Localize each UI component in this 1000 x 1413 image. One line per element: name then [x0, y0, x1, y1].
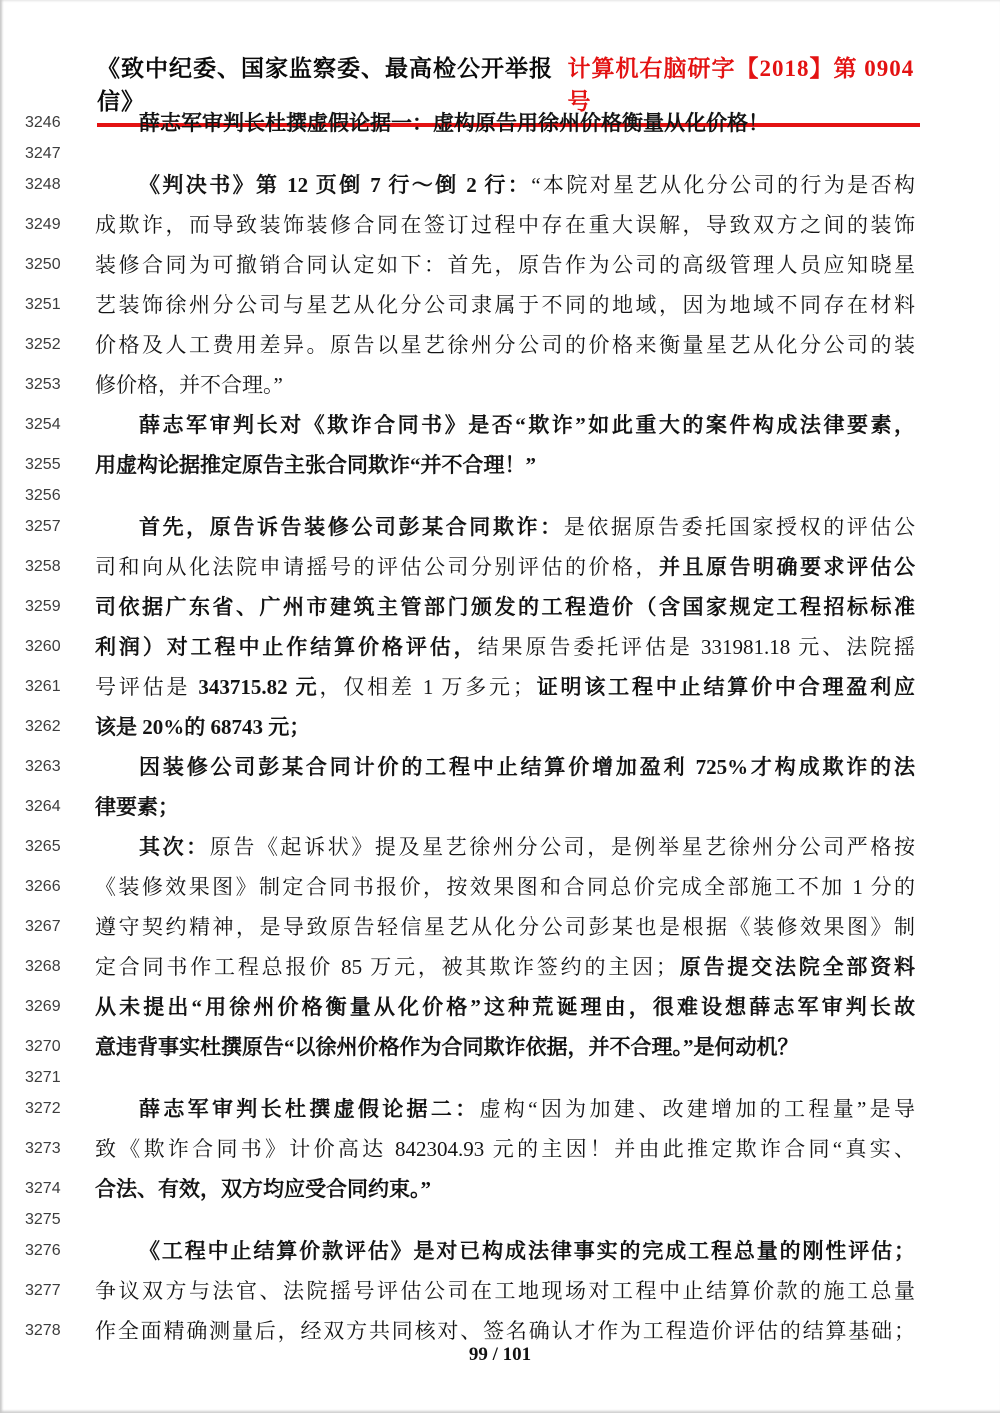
- text-segment: 号评估是: [95, 675, 198, 699]
- text-segment: 343715.82 元: [198, 675, 319, 699]
- line-text: 合法、有效，双方均应受合同约束。”: [95, 1169, 915, 1209]
- line-text: 号评估是 343715.82 元，仅相差 1 万多元；证明该工程中止结算价中合理…: [95, 667, 915, 707]
- line-text: 艺装饰徐州分公司与星艺从化分公司隶属于不同的地域，因为地域不同存在材料: [95, 285, 915, 325]
- document-body: 3246薛志军审判长杜撰虚假论据一：虚构原告用徐州价格衡量从化价格！324732…: [0, 103, 1000, 1351]
- line-text: 从未提出“用徐州价格衡量从化价格”这种荒诞理由，很难设想薛志军审判长故: [95, 987, 915, 1027]
- text-segment: 艺装饰徐州分公司与星艺从化分公司隶属于不同的地域，因为地域不同存在材料: [95, 293, 915, 317]
- line-text: 薛志军审判长对《欺诈合同书》是否“欺诈”如此重大的案件构成法律要素，: [95, 405, 915, 445]
- line-number: 3267: [0, 918, 95, 936]
- line-number: 3265: [0, 838, 95, 856]
- text-segment: 修价格，并不合理。”: [95, 373, 283, 397]
- text-segment: 装修合同为可撤销合同认定如下：首先，原告作为公司的高级管理人员应知晓星: [95, 253, 915, 277]
- page-number: 99 / 101: [0, 1344, 1000, 1366]
- line-text: 该是 20%的 68743 元；: [95, 707, 915, 747]
- line-number: 3248: [0, 176, 95, 194]
- text-segment: 并且原告明确要求评估公: [659, 555, 915, 579]
- line-number: 3264: [0, 798, 95, 816]
- document-line: 3249成欺诈，而导致装饰装修合同在签订过程中存在重大误解，导致双方之间的装饰: [0, 205, 1000, 245]
- line-number: 3251: [0, 296, 95, 314]
- line-number: 3250: [0, 256, 95, 274]
- text-segment: 薛志军审判长对《欺诈合同书》是否“欺诈”如此重大的案件构成法律要素，: [139, 413, 915, 437]
- text-segment: 原告提交法院全部资料: [677, 955, 915, 979]
- line-text: 其次：原告《起诉状》提及星艺徐州分公司，是例举星艺徐州分公司严格按: [95, 827, 915, 867]
- text-segment: 合法、有效，双方均应受合同约束。”: [95, 1177, 431, 1201]
- line-number: 3261: [0, 678, 95, 696]
- text-segment: 虚构“因为加建、改建增加的工程量”是导: [480, 1097, 915, 1121]
- line-text: 意违背事实杜撰原告“以徐州价格作为合同欺诈依据，并不合理。”是何动机？: [95, 1027, 915, 1067]
- document-line: 3272薛志军审判长杜撰虚假论据二：虚构“因为加建、改建增加的工程量”是导: [0, 1089, 1000, 1129]
- line-number: 3252: [0, 336, 95, 354]
- document-line: 3268定合同书作工程总报价 85 万元，被其欺诈签约的主因；原告提交法院全部资…: [0, 947, 1000, 987]
- text-segment: 《判决书》第 12 页倒 7 行～倒 2 行：: [139, 173, 531, 197]
- line-text: 《判决书》第 12 页倒 7 行～倒 2 行：“本院对星艺从化分公司的行为是否构: [95, 165, 915, 205]
- line-number: 3270: [0, 1038, 95, 1056]
- line-text: 首先，原告诉告装修公司彭某合同欺诈：是依据原告委托国家授权的评估公: [95, 507, 915, 547]
- document-line: 3275: [0, 1209, 1000, 1231]
- line-text: 致《欺诈合同书》计价高达 842304.93 元的主因！并由此推定欺诈合同“真实…: [95, 1129, 915, 1169]
- line-text: 价格及人工费用差异。原告以星艺徐州分公司的价格来衡量星艺从化分公司的装: [95, 325, 915, 365]
- text-segment: 价格及人工费用差异。原告以星艺徐州分公司的价格来衡量星艺从化分公司的装: [95, 333, 915, 357]
- document-line: 3262该是 20%的 68743 元；: [0, 707, 1000, 747]
- text-segment: 薛志军审判长杜撰虚假论据一：虚构原告用徐州价格衡量从化价格！: [139, 111, 769, 135]
- line-text: 成欺诈，而导致装饰装修合同在签订过程中存在重大误解，导致双方之间的装饰: [95, 205, 915, 245]
- document-line: 3271: [0, 1067, 1000, 1089]
- text-segment: 从未提出“用徐州价格衡量从化价格”这种荒诞理由，很难设想薛志军审判长故: [95, 995, 915, 1019]
- line-number: 3269: [0, 998, 95, 1016]
- text-segment: 结果原告委托评估是 331981.18 元、法院摇: [478, 635, 915, 659]
- line-number: 3278: [0, 1322, 95, 1340]
- line-number: 3246: [0, 114, 95, 132]
- text-segment: 遵守契约精神，是导致原告轻信星艺从化分公司彭某也是根据《装修效果图》制: [95, 915, 915, 939]
- document-line: 3252价格及人工费用差异。原告以星艺徐州分公司的价格来衡量星艺从化分公司的装: [0, 325, 1000, 365]
- text-segment: 定合同书作工程总报价 85 万元，被其欺诈签约的主因；: [95, 955, 677, 979]
- text-segment: 因装修公司彭某合同计价的工程中止结算价增加盈利 725%才构成欺诈的法: [139, 755, 915, 779]
- line-number: 3255: [0, 456, 95, 474]
- document-page: 《致中纪委、国家监察委、最高检公开举报信》 计算机右脑研字【2018】第 090…: [0, 0, 1000, 1413]
- text-segment: 司依据广东省、广州市建筑主管部门颁发的工程造价（含国家规定工程招标标准: [95, 595, 915, 619]
- line-number: 3262: [0, 718, 95, 736]
- document-line: 3246薛志军审判长杜撰虚假论据一：虚构原告用徐州价格衡量从化价格！: [0, 103, 1000, 143]
- document-line: 3267遵守契约精神，是导致原告轻信星艺从化分公司彭某也是根据《装修效果图》制: [0, 907, 1000, 947]
- text-segment: 证明该工程中止结算价中合理盈利应: [534, 675, 915, 699]
- line-text: 司和向从化法院申请摇号的评估公司分别评估的价格，并且原告明确要求评估公: [95, 547, 915, 587]
- text-segment: ，仅相差 1 万多元；: [320, 675, 534, 699]
- text-segment: 首先，原告诉告装修公司彭某合同欺诈：: [139, 515, 564, 539]
- line-number: 3249: [0, 216, 95, 234]
- line-number: 3273: [0, 1140, 95, 1158]
- line-text: 司依据广东省、广州市建筑主管部门颁发的工程造价（含国家规定工程招标标准: [95, 587, 915, 627]
- text-segment: 作全面精确测量后，经双方共同核对、签名确认才作为工程造价评估的结算基础；: [95, 1319, 915, 1343]
- document-line: 3253修价格，并不合理。”: [0, 365, 1000, 405]
- text-segment: 意违背事实杜撰原告“以徐州价格作为合同欺诈依据，并不合理。”是何动机？: [95, 1035, 799, 1059]
- line-number: 3260: [0, 638, 95, 656]
- text-segment: 薛志军审判长杜撰虚假论据二：: [139, 1097, 480, 1121]
- line-number: 3253: [0, 376, 95, 394]
- text-segment: 《工程中止结算价款评估》是对已构成法律事实的完成工程总量的刚性评估；: [139, 1239, 915, 1263]
- line-text: 《工程中止结算价款评估》是对已构成法律事实的完成工程总量的刚性评估；: [95, 1231, 915, 1271]
- document-line: 3257首先，原告诉告装修公司彭某合同欺诈：是依据原告委托国家授权的评估公: [0, 507, 1000, 547]
- line-text: 《装修效果图》制定合同书报价，按效果图和合同总价完成全部施工不加 1 分的: [95, 867, 915, 907]
- document-line: 3269从未提出“用徐州价格衡量从化价格”这种荒诞理由，很难设想薛志军审判长故: [0, 987, 1000, 1027]
- line-text: 修价格，并不合理。”: [95, 365, 915, 405]
- line-number: 3277: [0, 1282, 95, 1300]
- document-line: 3254薛志军审判长对《欺诈合同书》是否“欺诈”如此重大的案件构成法律要素，: [0, 405, 1000, 445]
- text-segment: 争议双方与法官、法院摇号评估公司在工地现场对工程中止结算价款的施工总量: [95, 1279, 915, 1303]
- document-line: 3277争议双方与法官、法院摇号评估公司在工地现场对工程中止结算价款的施工总量: [0, 1271, 1000, 1311]
- text-segment: “本院对星艺从化分公司的行为是否构: [531, 173, 915, 197]
- line-number: 3272: [0, 1100, 95, 1118]
- text-segment: 致《欺诈合同书》计价高达 842304.93 元的主因！并由此推定欺诈合同“真实…: [95, 1137, 915, 1161]
- line-number: 3263: [0, 758, 95, 776]
- line-number: 3274: [0, 1180, 95, 1198]
- text-segment: 《装修效果图》制定合同书报价，按效果图和合同总价完成全部施工不加 1 分的: [95, 875, 915, 899]
- line-number: 3247: [0, 145, 95, 163]
- line-number: 3258: [0, 558, 95, 576]
- line-text: 薛志军审判长杜撰虚假论据二：虚构“因为加建、改建增加的工程量”是导: [95, 1089, 915, 1129]
- line-text: 用虚构论据推定原告主张合同欺诈“并不合理！”: [95, 445, 915, 485]
- document-line: 3276《工程中止结算价款评估》是对已构成法律事实的完成工程总量的刚性评估；: [0, 1231, 1000, 1271]
- line-text: 利润）对工程中止作结算价格评估，结果原告委托评估是 331981.18 元、法院…: [95, 627, 915, 667]
- line-number: 3271: [0, 1069, 95, 1087]
- text-segment: 司和向从化法院申请摇号的评估公司分别评估的价格，: [95, 555, 659, 579]
- line-text: 遵守契约精神，是导致原告轻信星艺从化分公司彭某也是根据《装修效果图》制: [95, 907, 915, 947]
- text-segment: 原告《起诉状》提及星艺徐州分公司，是例举星艺徐州分公司严格按: [210, 835, 915, 859]
- document-line: 3266《装修效果图》制定合同书报价，按效果图和合同总价完成全部施工不加 1 分…: [0, 867, 1000, 907]
- document-line: 3265其次：原告《起诉状》提及星艺徐州分公司，是例举星艺徐州分公司严格按: [0, 827, 1000, 867]
- line-number: 3254: [0, 416, 95, 434]
- line-text: 律要素；: [95, 787, 915, 827]
- document-line: 3260利润）对工程中止作结算价格评估，结果原告委托评估是 331981.18 …: [0, 627, 1000, 667]
- document-line: 3251艺装饰徐州分公司与星艺从化分公司隶属于不同的地域，因为地域不同存在材料: [0, 285, 1000, 325]
- document-line: 3256: [0, 485, 1000, 507]
- line-number: 3266: [0, 878, 95, 896]
- line-text: 装修合同为可撤销合同认定如下：首先，原告作为公司的高级管理人员应知晓星: [95, 245, 915, 285]
- document-line: 3263因装修公司彭某合同计价的工程中止结算价增加盈利 725%才构成欺诈的法: [0, 747, 1000, 787]
- text-segment: 律要素；: [95, 795, 179, 819]
- document-line: 3259司依据广东省、广州市建筑主管部门颁发的工程造价（含国家规定工程招标标准: [0, 587, 1000, 627]
- document-line: 3255用虚构论据推定原告主张合同欺诈“并不合理！”: [0, 445, 1000, 485]
- document-line: 3250装修合同为可撤销合同认定如下：首先，原告作为公司的高级管理人员应知晓星: [0, 245, 1000, 285]
- line-text: 争议双方与法官、法院摇号评估公司在工地现场对工程中止结算价款的施工总量: [95, 1271, 915, 1311]
- document-line: 3264律要素；: [0, 787, 1000, 827]
- document-line: 3247: [0, 143, 1000, 165]
- document-line: 3273致《欺诈合同书》计价高达 842304.93 元的主因！并由此推定欺诈合…: [0, 1129, 1000, 1169]
- text-segment: 是依据原告委托国家授权的评估公: [564, 515, 915, 539]
- line-number: 3276: [0, 1242, 95, 1260]
- document-line: 3258司和向从化法院申请摇号的评估公司分别评估的价格，并且原告明确要求评估公: [0, 547, 1000, 587]
- document-line: 3270意违背事实杜撰原告“以徐州价格作为合同欺诈依据，并不合理。”是何动机？: [0, 1027, 1000, 1067]
- text-segment: 用虚构论据推定原告主张合同欺诈“并不合理！”: [95, 453, 536, 477]
- document-line: 3261号评估是 343715.82 元，仅相差 1 万多元；证明该工程中止结算…: [0, 667, 1000, 707]
- text-segment: 其次：: [139, 835, 210, 859]
- line-number: 3257: [0, 518, 95, 536]
- text-segment: 利润）对工程中止作结算价格评估，: [95, 635, 478, 659]
- text-segment: 成欺诈，而导致装饰装修合同在签订过程中存在重大误解，导致双方之间的装饰: [95, 213, 915, 237]
- line-number: 3259: [0, 598, 95, 616]
- document-line: 3248《判决书》第 12 页倒 7 行～倒 2 行：“本院对星艺从化分公司的行…: [0, 165, 1000, 205]
- line-text: 因装修公司彭某合同计价的工程中止结算价增加盈利 725%才构成欺诈的法: [95, 747, 915, 787]
- line-number: 3275: [0, 1211, 95, 1229]
- line-text: 定合同书作工程总报价 85 万元，被其欺诈签约的主因；原告提交法院全部资料: [95, 947, 915, 987]
- line-text: 薛志军审判长杜撰虚假论据一：虚构原告用徐州价格衡量从化价格！: [95, 103, 915, 143]
- document-line: 3274合法、有效，双方均应受合同约束。”: [0, 1169, 1000, 1209]
- text-segment: 该是 20%的 68743 元；: [95, 715, 310, 739]
- line-number: 3268: [0, 958, 95, 976]
- line-number: 3256: [0, 487, 95, 505]
